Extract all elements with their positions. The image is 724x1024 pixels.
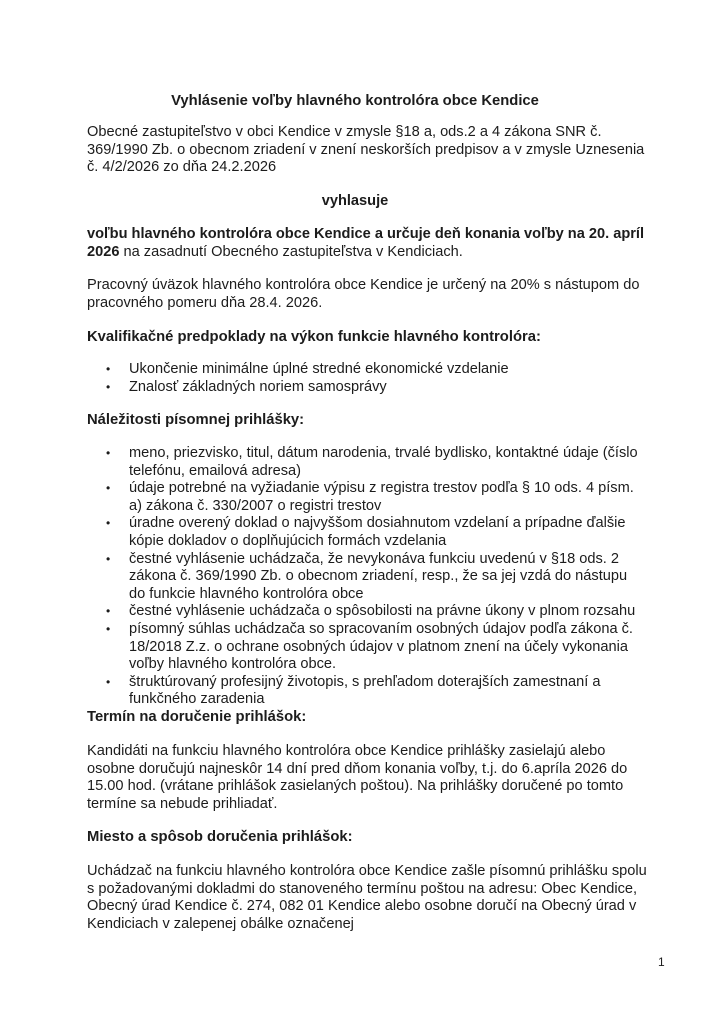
- list-item: štruktúrovaný profesijný životopis, s pr…: [87, 674, 647, 709]
- document-title: Vyhlásenie voľby hlavného kontrolóra obc…: [87, 93, 623, 109]
- list-item: čestné vyhlásenie uchádzača o spôsobilos…: [87, 603, 647, 621]
- list-item: písomný súhlas uchádzača so spracovaním …: [87, 621, 647, 674]
- list-item: úradne overený doklad o najvyššom dosiah…: [87, 515, 647, 550]
- requirements-heading: Náležitosti písomnej prihlášky:: [87, 412, 304, 428]
- list-item: meno, priezvisko, titul, dátum narodenia…: [87, 445, 647, 480]
- requirements-list: meno, priezvisko, titul, dátum narodenia…: [87, 445, 647, 709]
- election-paragraph: voľbu hlavného kontrolóra obce Kendice a…: [87, 226, 657, 261]
- list-item: čestné vyhlásenie uchádzača, že nevykoná…: [87, 551, 647, 604]
- workload-paragraph: Pracovný úväzok hlavného kontrolóra obce…: [87, 277, 657, 312]
- list-item: údaje potrebné na vyžiadanie výpisu z re…: [87, 480, 647, 515]
- list-item: Znalosť základných noriem samosprávy: [87, 379, 647, 397]
- qualifications-heading: Kvalifikačné predpoklady na výkon funkci…: [87, 329, 541, 345]
- deadline-paragraph: Kandidáti na funkciu hlavného kontrolóra…: [87, 743, 657, 813]
- deadline-heading: Termín na doručenie prihlášok:: [87, 709, 306, 725]
- election-rest: na zasadnutí Obecného zastupiteľstva v K…: [119, 244, 462, 260]
- list-item: Ukončenie minimálne úplné stredné ekonom…: [87, 361, 647, 379]
- page-number: 1: [658, 955, 665, 969]
- declares-label: vyhlasuje: [87, 193, 623, 209]
- intro-paragraph: Obecné zastupiteľstvo v obci Kendice v z…: [87, 124, 657, 177]
- delivery-paragraph: Uchádzač na funkciu hlavného kontrolóra …: [87, 863, 657, 933]
- delivery-heading: Miesto a spôsob doručenia prihlášok:: [87, 829, 353, 845]
- qualifications-list: Ukončenie minimálne úplné stredné ekonom…: [87, 361, 647, 396]
